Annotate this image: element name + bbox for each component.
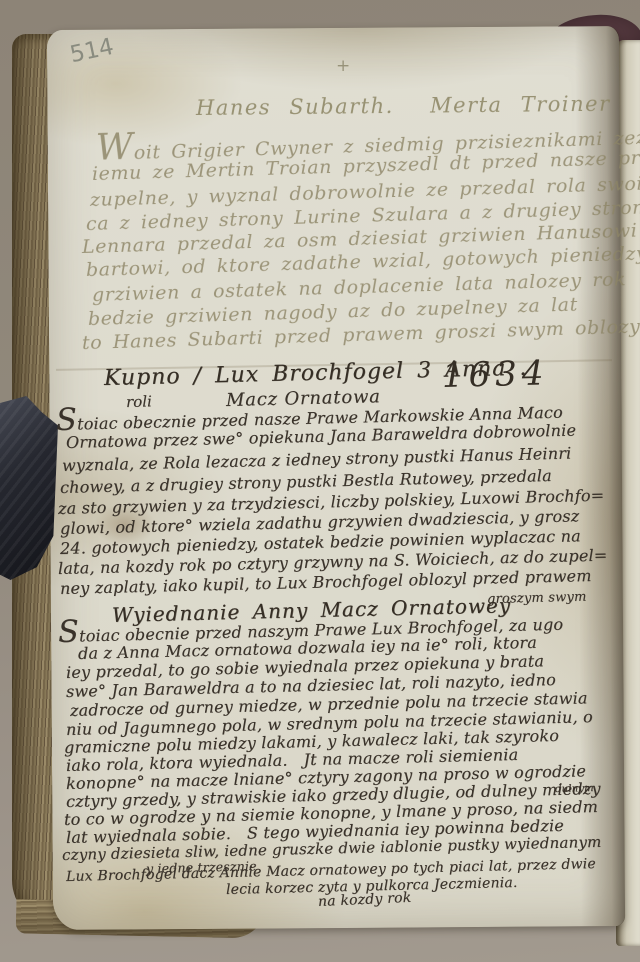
interline-note: dulnym: [555, 783, 594, 795]
record-year: 1634: [442, 353, 549, 396]
cross-mark: +: [336, 56, 350, 76]
manuscript-photo: 514 + Hanes Subarth. Merta Troiner Woit …: [0, 0, 640, 962]
faded-header: Hanes Subarth. Merta Troiner: [196, 92, 611, 120]
